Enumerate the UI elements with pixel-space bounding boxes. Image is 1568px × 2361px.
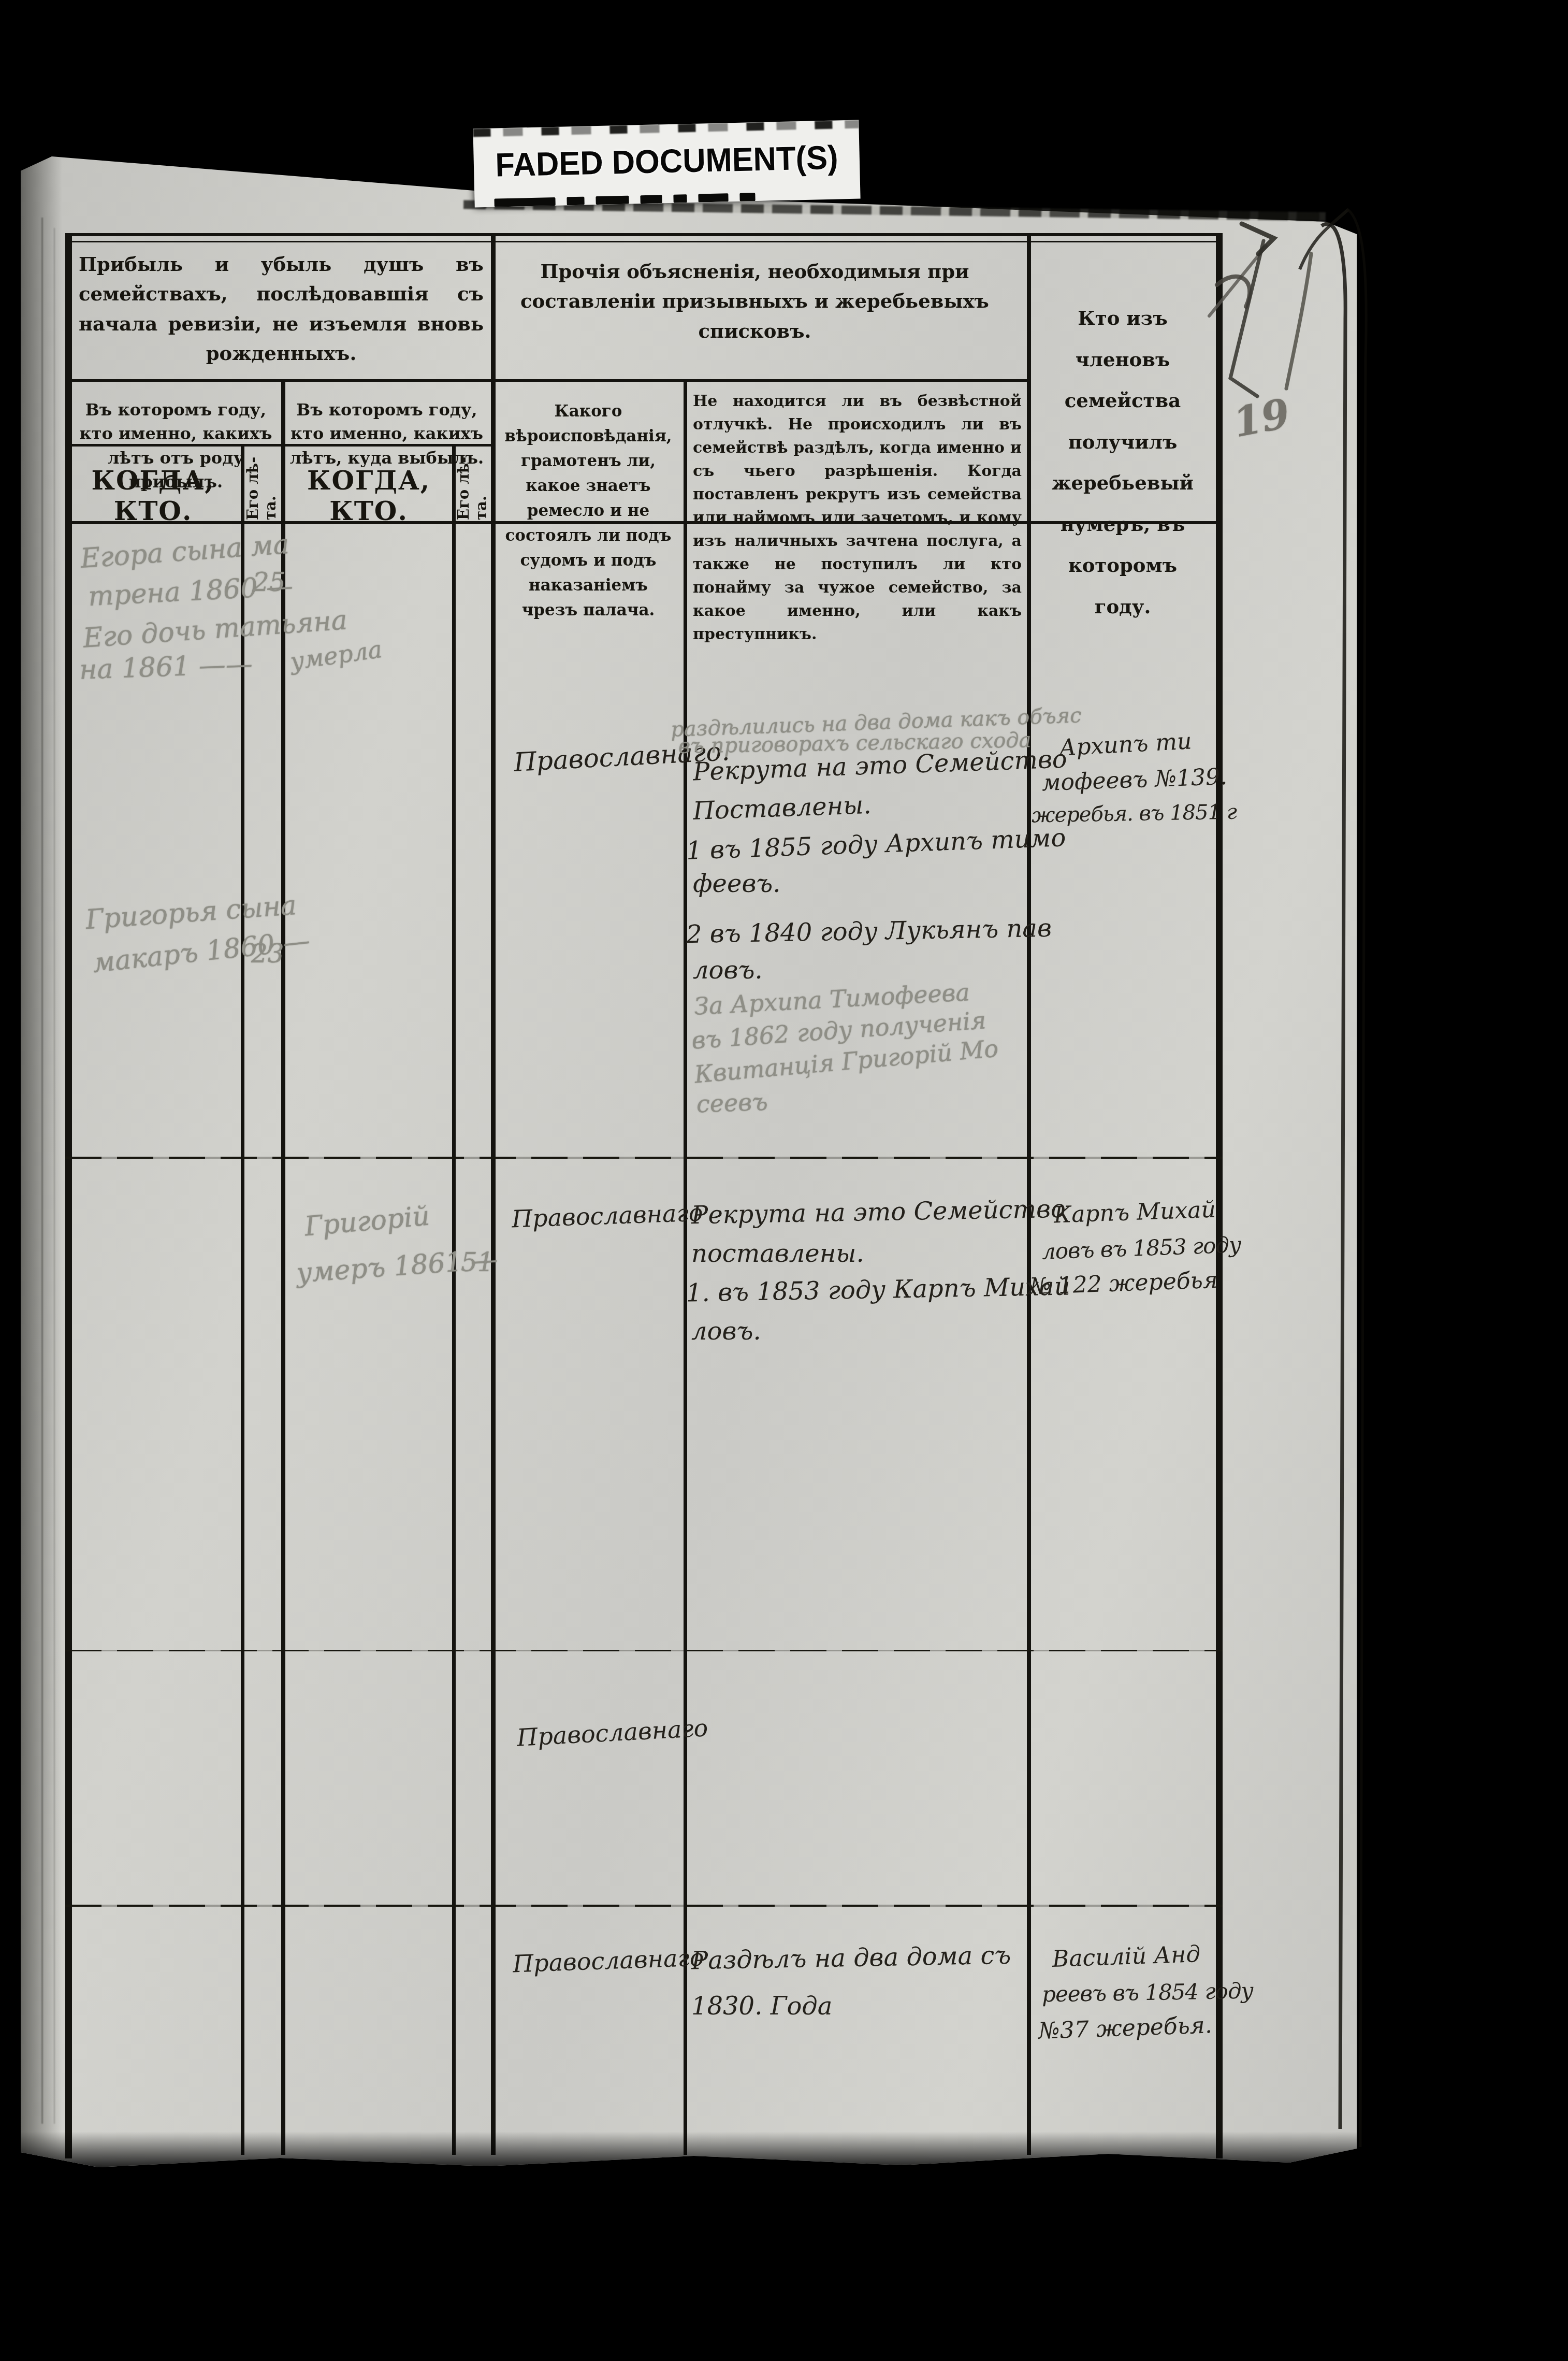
card-top-smudge: [473, 120, 859, 137]
table-divider: [281, 381, 285, 2155]
scanned-archive-photograph: { "banner": { "title": "FADED DOCUMENT(S…: [0, 0, 1568, 2361]
header-left-group: Прибыль и убыль душъ въ семействахъ, пос…: [79, 250, 484, 368]
header-when-who-2: КОГДА, КТО.: [285, 465, 452, 526]
handwriting-age: 23: [251, 939, 284, 969]
cutoff-text-blob: [596, 196, 629, 205]
handwriting-note-line: Поставлены.: [692, 790, 872, 826]
handwriting-age: 51: [461, 1247, 494, 1277]
row-separator: [65, 1157, 1223, 1159]
cutoff-text-blob: [567, 197, 584, 206]
handwriting-note-line: 1830. Года: [691, 1992, 832, 2021]
header-when-who-1: КОГДА, КТО.: [65, 465, 241, 526]
book-page-edge-lines: [1284, 202, 1388, 2165]
page-fold-crease: [41, 218, 43, 2124]
header-his-age-2: Его лѣ-та.: [453, 452, 491, 520]
header-his-age-1: Его лѣ-та.: [242, 452, 281, 520]
handwriting-arrived-line: Григорья сына: [84, 890, 297, 935]
table-top-rule: [65, 233, 1223, 236]
handwriting-note-line: поставлены.: [691, 1239, 864, 1268]
cutoff-text-blob: [640, 195, 662, 204]
document-page: Прибыль и убыль душъ въ семействахъ, пос…: [21, 155, 1357, 2168]
handwriting-note-line: ловъ.: [691, 1317, 761, 1346]
table-divider: [452, 445, 456, 2155]
handwriting-note-line: сеевъ: [696, 1088, 768, 1118]
handwriting-lot-line: Василій Анд: [1052, 1941, 1201, 1973]
handwriting-faith: Православнаго: [516, 1714, 709, 1751]
handwriting-note-line: Раздѣлъ на два дома съ: [691, 1941, 1011, 1976]
handwriting-departed-line: Григорій: [303, 1201, 431, 1243]
handwriting-note-line: 2 въ 1840 году Лукьянъ пав: [686, 914, 1052, 949]
handwriting-note-line: Рекрута на это Семейство: [691, 1194, 1066, 1230]
handwriting-faith: Православнаго: [512, 1943, 704, 1978]
header-notes: Не находится ли въ безвѣстной отлучкѣ. Н…: [693, 390, 1022, 646]
cutoff-text-blob: [739, 193, 755, 201]
cutoff-text-blob: [698, 193, 728, 202]
handwriting-lot-line: Архипъ ти: [1058, 728, 1193, 761]
table-top-rule-double: [65, 241, 1223, 242]
handwriting-note-line: 1. въ 1853 году Карпъ Михай: [686, 1272, 1071, 1308]
table-divider: [241, 445, 244, 2155]
handwriting-lot-line: реевъ въ 1854 году: [1042, 1978, 1254, 2007]
faded-document-label-card: FADED DOCUMENT(S): [473, 120, 860, 208]
page-fold-crease: [54, 228, 55, 2124]
handwriting-faith: Православнаго: [511, 1199, 703, 1233]
handwriting-lot-line: №37 жеребья.: [1038, 2012, 1212, 2045]
handwriting-lot-line: Карпъ Михай: [1053, 1197, 1216, 1229]
handwriting-age: 25: [253, 567, 286, 597]
handwriting-departed-note: умерла: [288, 635, 384, 675]
handwriting-arrived-line: на 1861 ——: [79, 649, 253, 686]
handwriting-note-line: ловъ.: [693, 956, 763, 985]
header-rule: [65, 379, 1031, 382]
handwriting-lot-line: ловъ въ 1853 году: [1041, 1232, 1241, 1264]
cutoff-text-blob: [673, 194, 687, 203]
row-separator: [65, 1905, 1223, 1907]
handwriting-note-line: феевъ.: [693, 869, 781, 898]
header-middle-group: Прочія объясненія, необходимыя при соста…: [510, 257, 999, 346]
faded-document-banner-text: FADED DOCUMENT(S): [481, 138, 852, 184]
header-faith: Какого вѣроисповѣданія, грамотенъ ли, ка…: [498, 399, 678, 623]
cutoff-text-blob: [494, 197, 555, 207]
table-divider: [684, 381, 687, 2155]
handwriting-lot-line: жеребья. въ 1851 г: [1032, 800, 1237, 828]
row-separator: [65, 1650, 1223, 1651]
handwriting-lot-line: мофеевъ №139.: [1041, 764, 1228, 796]
handwriting-note-line: 1 въ 1855 году Архипъ тимо: [686, 823, 1066, 866]
